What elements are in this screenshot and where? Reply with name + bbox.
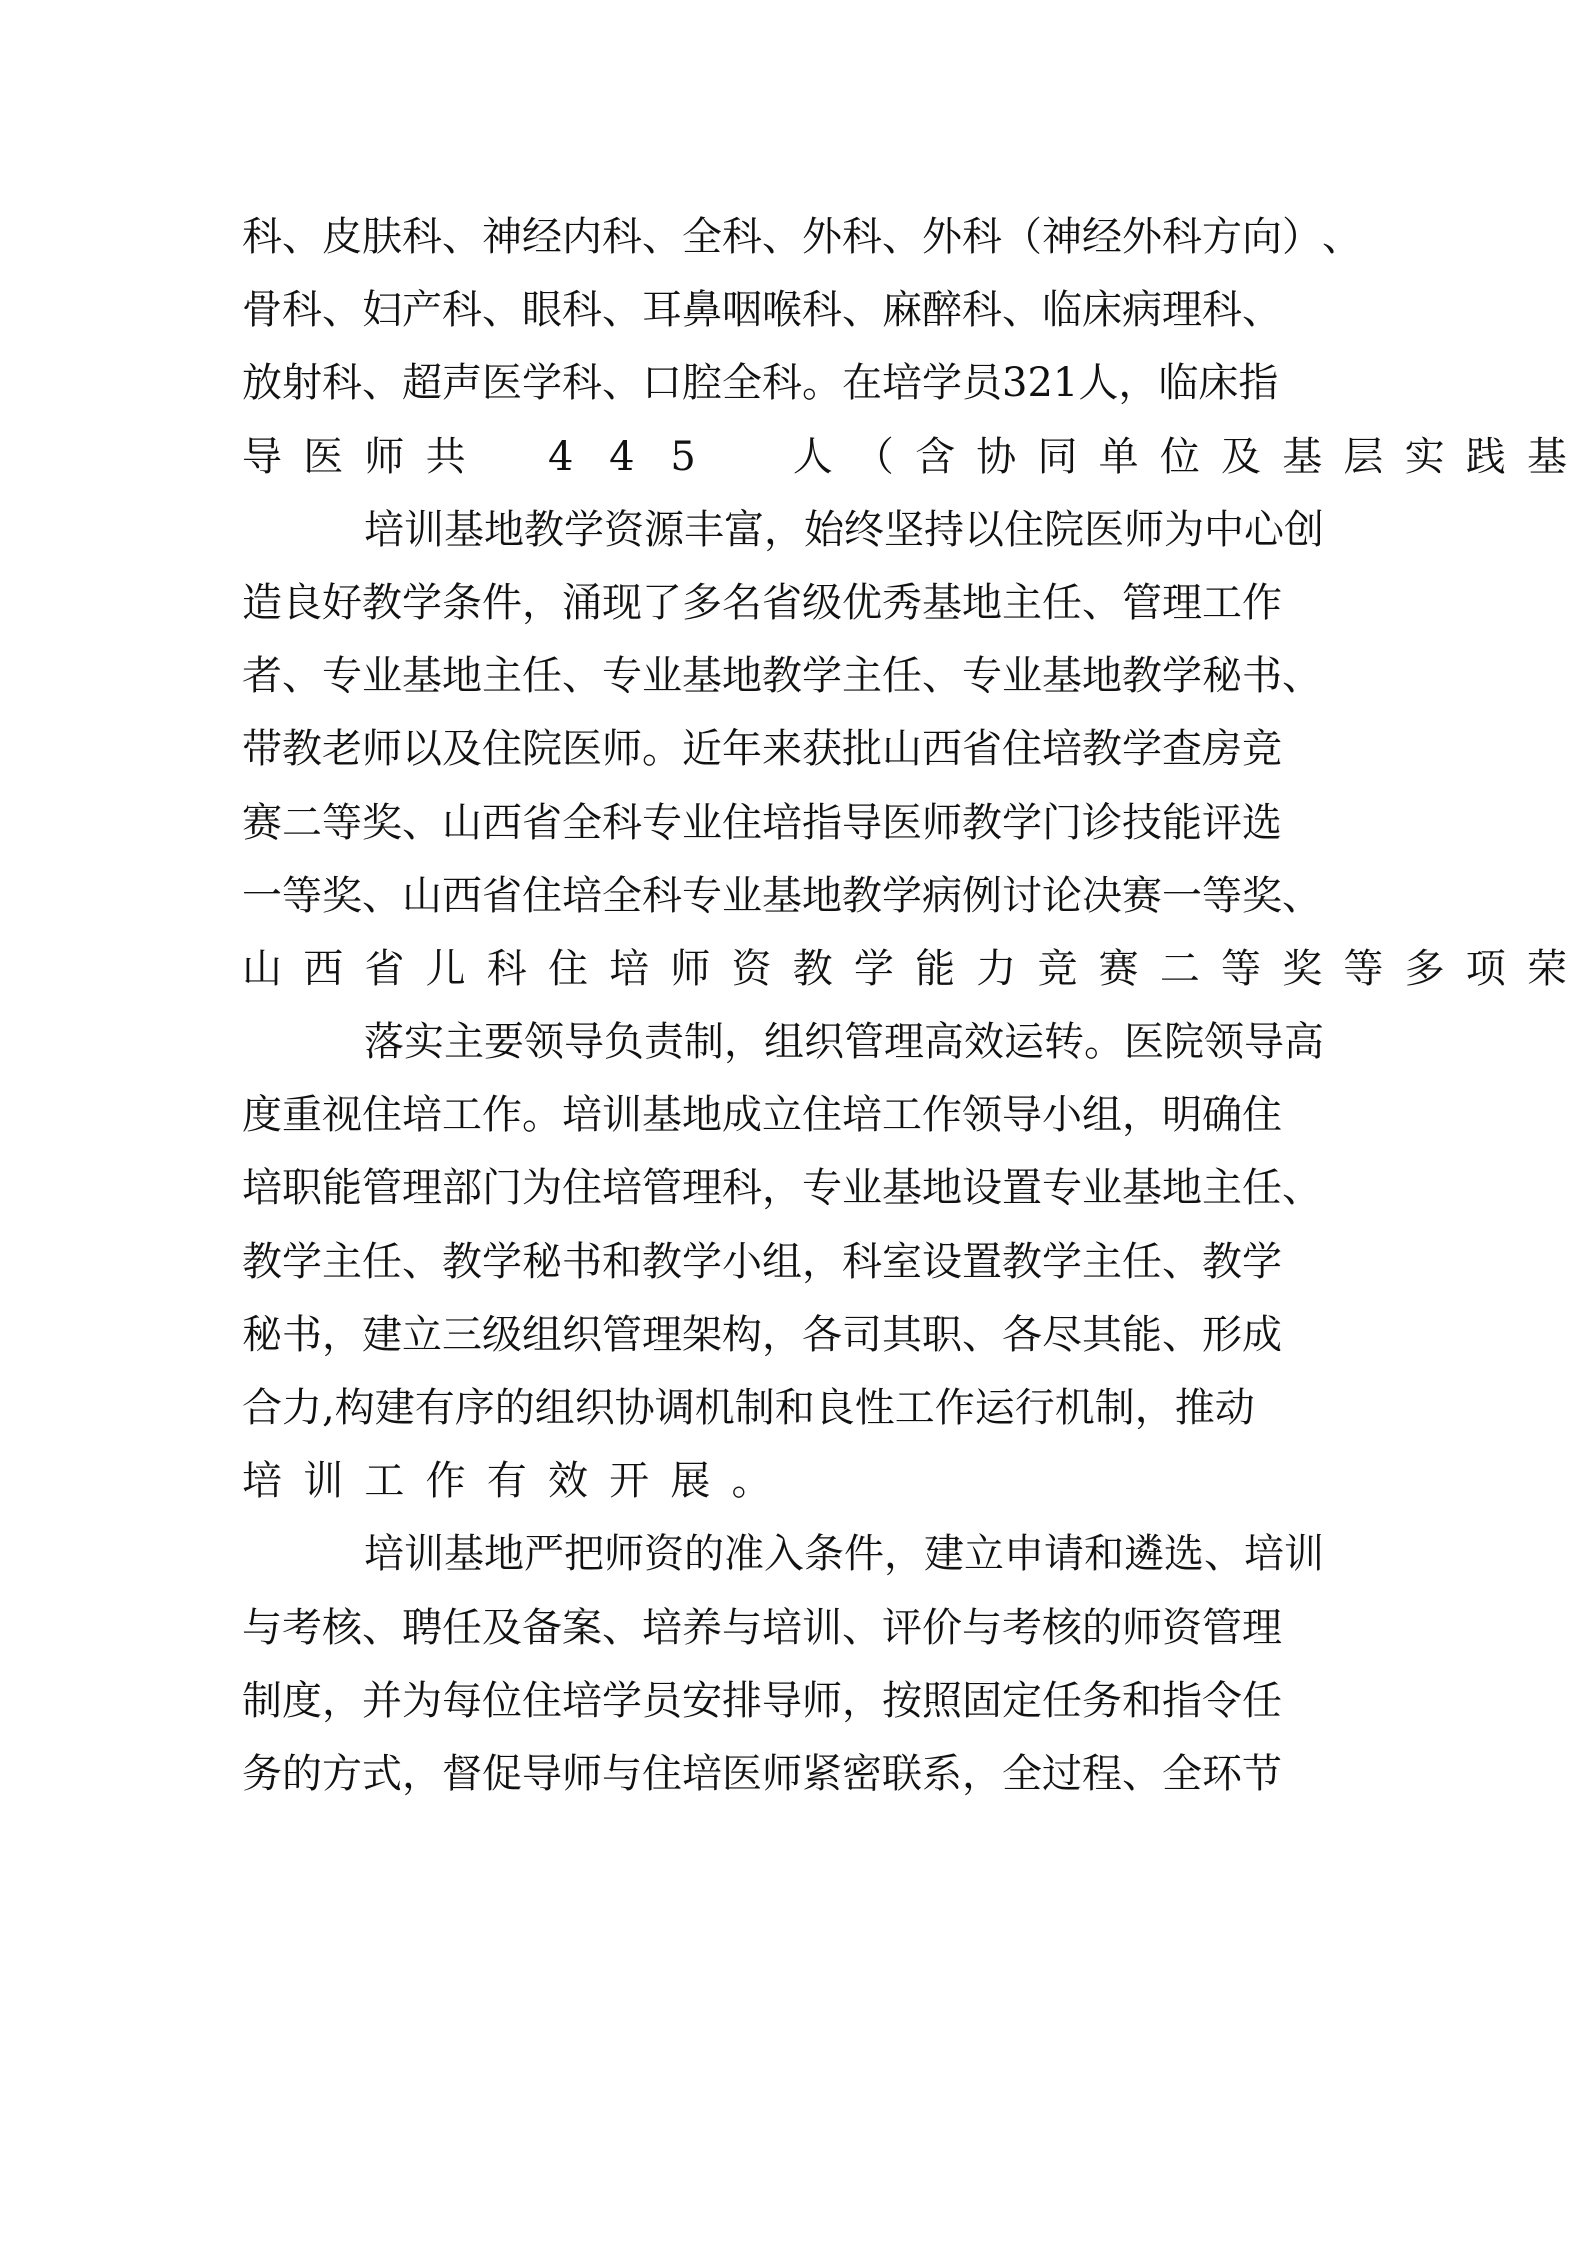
glyph: 、 [1162, 1232, 1202, 1292]
glyph: 成 [722, 1085, 762, 1145]
glyph: 、 [842, 1598, 882, 1658]
glyph: 奖 [1242, 866, 1282, 926]
glyph: 丰 [684, 500, 724, 560]
glyph: 构 [335, 1378, 375, 1438]
glyph: 职 [922, 1305, 962, 1365]
glyph: 基 [762, 866, 802, 926]
glyph: ， [1122, 1085, 1162, 1145]
glyph: 理 [402, 1158, 442, 1218]
glyph: 全 [602, 866, 642, 926]
glyph: 科 [762, 353, 802, 413]
glyph: 内 [562, 207, 602, 267]
glyph: 建 [362, 1305, 402, 1365]
glyph: 培 [242, 1158, 282, 1218]
glyph: 名 [722, 573, 762, 633]
glyph: 院 [522, 719, 562, 779]
glyph: 秘 [242, 1305, 282, 1365]
glyph: 及 [482, 1598, 522, 1658]
glyph: 指 [1162, 1671, 1202, 1731]
glyph: 教 [242, 1232, 282, 1292]
glyph: 及 [442, 719, 482, 779]
glyph: 培 [562, 866, 602, 926]
glyph: 各 [802, 1305, 842, 1365]
text-line: 与考核、聘任及备案、培养与培训、评价与考核的师资管理 [242, 1598, 1344, 1671]
glyph: 科 [442, 280, 482, 340]
glyph: 、 [1162, 1305, 1202, 1365]
glyph: 任 [1242, 1158, 1282, 1218]
glyph: 门 [1042, 793, 1082, 853]
glyph: 过 [1042, 1744, 1082, 1804]
glyph: ， [522, 573, 562, 633]
glyph: 价 [922, 1598, 962, 1658]
glyph: 获 [802, 719, 842, 779]
glyph: 制 [1095, 1378, 1135, 1438]
glyph: 西 [482, 793, 522, 853]
glyph: 优 [842, 573, 882, 633]
glyph: 性 [855, 1378, 895, 1438]
glyph: 件 [482, 573, 522, 633]
glyph: 床 [1082, 280, 1122, 340]
glyph: 和 [602, 1232, 642, 1292]
glyph: 环 [1202, 1744, 1242, 1804]
glyph: 住 [1004, 500, 1044, 560]
glyph: 地 [1162, 1158, 1202, 1218]
glyph: 书 [562, 1232, 602, 1292]
glyph: 级 [482, 1305, 522, 1365]
glyph: 奖 [322, 866, 362, 926]
glyph: 、 [1282, 646, 1322, 706]
glyph: 入 [764, 1524, 804, 1584]
glyph: 合 [242, 1378, 282, 1438]
glyph: 专 [1042, 1158, 1082, 1218]
glyph: 转 [1044, 1012, 1084, 1072]
glyph: 神 [1042, 207, 1082, 267]
glyph: 一 [242, 866, 282, 926]
glyph: 一 [1162, 866, 1202, 926]
glyph: 师 [604, 1524, 644, 1584]
glyph: 准 [724, 1524, 764, 1584]
glyph: 教 [793, 939, 833, 999]
glyph: 织 [575, 1378, 615, 1438]
text-line: 秘书，建立三级组织管理架构，各司其职、各尽其能、形成 [242, 1305, 1344, 1378]
glyph: ， [842, 1671, 882, 1731]
text-line: 培训工作有效开展。 [242, 1451, 1344, 1524]
glyph: 眼 [522, 280, 562, 340]
glyph: 、 [402, 1232, 442, 1292]
glyph: 项 [1466, 939, 1506, 999]
glyph: 小 [1042, 1085, 1082, 1145]
glyph: 、 [362, 353, 402, 413]
glyph: 地 [442, 646, 482, 706]
glyph: 要 [484, 1012, 524, 1072]
glyph: 织 [562, 1305, 602, 1365]
text-line: 山西省儿科住培师资教学能力竞赛二等奖等多项荣誉。 [242, 939, 1344, 1012]
glyph: 理 [642, 1305, 682, 1365]
glyph: 住 [1002, 719, 1042, 779]
glyph: 以 [964, 500, 1004, 560]
glyph: 指 [1238, 353, 1278, 413]
glyph: 立 [402, 1305, 442, 1365]
glyph: 组 [535, 1378, 575, 1438]
glyph: 老 [322, 719, 362, 779]
document-body: 科、皮肤科、神经内科、全科、外科、外科（神经外科方向）、 骨科、妇产科、眼科、耳… [242, 207, 1344, 1817]
glyph: 在 [842, 353, 882, 413]
glyph: 学 [282, 1232, 322, 1292]
glyph: 病 [1122, 280, 1162, 340]
glyph: 动 [1215, 1378, 1255, 1438]
glyph: 作 [482, 1085, 522, 1145]
glyph: ， [884, 1524, 924, 1584]
glyph: 例 [962, 866, 1002, 926]
glyph: 门 [482, 1158, 522, 1218]
text-line: 落实主要领导负责制，组织管理高效运转。医院领导高 [242, 1012, 1344, 1085]
glyph: 科 [962, 280, 1002, 340]
glyph: 二 [282, 793, 322, 853]
glyph: 基 [642, 1085, 682, 1145]
glyph: 教 [642, 1232, 682, 1292]
glyph: 坚 [884, 500, 924, 560]
glyph: 方 [322, 1744, 362, 1804]
glyph: 员 [962, 353, 1002, 413]
glyph: 基 [922, 573, 962, 633]
glyph: 调 [655, 1378, 695, 1438]
glyph: 骨 [242, 280, 282, 340]
glyph: 住 [562, 1158, 602, 1218]
glyph: 鼻 [682, 280, 722, 340]
glyph: 、 [1322, 207, 1362, 267]
text-line: 培职能管理部门为住培管理科，专业基地设置专业基地主任、 [242, 1158, 1344, 1231]
glyph: 超 [402, 353, 442, 413]
glyph: 紧 [802, 1744, 842, 1804]
glyph: 业 [362, 646, 402, 706]
glyph: 导 [1244, 1012, 1284, 1072]
glyph: 管 [362, 1158, 402, 1218]
glyph: 科 [322, 353, 362, 413]
paragraph-specialties-and-staff: 科、皮肤科、神经内科、全科、外科、外科（神经外科方向）、 骨科、妇产科、眼科、耳… [242, 207, 1344, 500]
glyph: 、 [602, 280, 642, 340]
glyph: 培 [842, 1085, 882, 1145]
glyph: 主 [1002, 573, 1042, 633]
glyph: 任 [362, 1232, 402, 1292]
glyph: 向 [1242, 207, 1282, 267]
glyph: 培 [1244, 1524, 1284, 1584]
glyph: 科 [722, 1158, 762, 1218]
glyph: 尽 [1042, 1305, 1082, 1365]
glyph: 专 [322, 646, 362, 706]
glyph: 业 [722, 866, 762, 926]
glyph: 、 [362, 1598, 402, 1658]
glyph: 基 [882, 1158, 922, 1218]
text-line: 造良好教学条件，涌现了多名省级优秀基地主任、管理工作 [242, 573, 1344, 646]
glyph: 经 [1082, 207, 1122, 267]
glyph: 室 [882, 1232, 922, 1292]
glyph: 培 [562, 1671, 602, 1731]
glyph: 西 [442, 866, 482, 926]
glyph: 全 [722, 353, 762, 413]
glyph: 造 [242, 573, 282, 633]
text-line: 导医师共 445 人（含协同单位及基层实践基地）。 [242, 427, 1344, 500]
glyph: 协 [615, 1378, 655, 1438]
glyph: 科 [402, 207, 442, 267]
glyph: 主 [444, 1012, 484, 1072]
glyph: 把 [564, 1524, 604, 1584]
glyph: 实 [404, 1012, 444, 1072]
glyph: 重 [282, 1085, 322, 1145]
glyph: 各 [1002, 1305, 1042, 1365]
glyph: 学 [522, 353, 562, 413]
glyph: 制 [735, 1378, 775, 1438]
glyph: 管 [602, 1305, 642, 1365]
glyph: 学 [564, 500, 604, 560]
glyph: 培 [242, 1451, 282, 1511]
glyph: 地 [722, 646, 762, 706]
glyph: 实 [1405, 427, 1445, 487]
glyph: 全 [562, 793, 602, 853]
glyph: 院 [1164, 1012, 1204, 1072]
glyph: 工 [442, 1085, 482, 1145]
glyph: 地 [484, 1524, 524, 1584]
glyph: 资 [604, 500, 644, 560]
glyph: 等 [1221, 939, 1261, 999]
glyph: 工 [895, 1378, 935, 1438]
glyph: 、 [602, 353, 642, 413]
glyph: 务 [1082, 1671, 1122, 1731]
text-line: 者、专业基地主任、专业基地教学主任、专业基地教学秘书、 [242, 646, 1344, 719]
glyph: 理 [682, 1158, 722, 1218]
glyph: 教 [282, 719, 322, 779]
glyph: 竞 [1037, 939, 1077, 999]
glyph: 作 [922, 1085, 962, 1145]
glyph: 科 [802, 280, 842, 340]
glyph: 训 [602, 1085, 642, 1145]
glyph: 训 [404, 500, 444, 560]
glyph: 肤 [362, 207, 402, 267]
glyph: 查 [1162, 719, 1202, 779]
glyph: 聘 [402, 1598, 442, 1658]
glyph: 理 [1242, 1598, 1282, 1658]
glyph: 基 [402, 646, 442, 706]
glyph: 组 [764, 1012, 804, 1072]
glyph: 科 [842, 207, 882, 267]
glyph: ， [724, 1012, 764, 1072]
glyph: 排 [722, 1671, 762, 1731]
glyph: 教 [1082, 719, 1122, 779]
glyph: 省 [962, 719, 1002, 779]
glyph: 医 [562, 719, 602, 779]
glyph: 醉 [922, 280, 962, 340]
glyph: 技 [1122, 793, 1162, 853]
glyph: 住 [548, 939, 588, 999]
glyph: 系 [922, 1744, 962, 1804]
glyph: 建 [375, 1378, 415, 1438]
glyph: 置 [1002, 1158, 1042, 1218]
text-line: 制度，并为每位住培学员安排导师，按照固定任务和指令任 [242, 1671, 1344, 1744]
glyph: 促 [482, 1744, 522, 1804]
glyph: 工 [882, 1085, 922, 1145]
glyph: 确 [1202, 1085, 1242, 1145]
glyph: 机 [695, 1378, 735, 1438]
glyph: ， [962, 1744, 1002, 1804]
glyph: 含 [915, 427, 955, 487]
glyph: 视 [322, 1085, 362, 1145]
glyph: 与 [602, 1744, 642, 1804]
glyph: 教 [442, 1232, 482, 1292]
glyph: 医 [882, 793, 922, 853]
glyph: 等 [322, 793, 362, 853]
glyph: 训 [303, 1451, 343, 1511]
glyph: 源 [644, 500, 684, 560]
glyph: 二 [1160, 939, 1200, 999]
glyph: 高 [924, 1012, 964, 1072]
glyph: 立 [762, 1085, 802, 1145]
glyph: 、 [762, 207, 802, 267]
glyph: 者 [242, 646, 282, 706]
glyph: 其 [882, 1305, 922, 1365]
glyph: 同 [1037, 427, 1077, 487]
glyph: 作 [935, 1378, 975, 1438]
glyph: 学 [1042, 1232, 1082, 1292]
glyph: 工 [1202, 573, 1242, 633]
glyph: 5 [670, 427, 695, 487]
glyph: 基 [1122, 1158, 1162, 1218]
glyph: 地 [922, 1158, 962, 1218]
glyph: 地 [484, 500, 524, 560]
glyph: 教 [1202, 1232, 1242, 1292]
glyph: 带 [242, 719, 282, 779]
glyph: 、 [442, 207, 482, 267]
glyph: 山 [882, 719, 922, 779]
glyph: 学 [922, 353, 962, 413]
glyph: 。 [1084, 1012, 1124, 1072]
glyph: 职 [282, 1158, 322, 1218]
glyph: 了 [642, 573, 682, 633]
glyph: 专 [682, 866, 722, 926]
glyph: 学 [882, 866, 922, 926]
paragraph-faculty-management: 培训基地严把师资的准入条件，建立申请和遴选、培训 与考核、聘任及备案、培养与培训… [242, 1524, 1344, 1817]
glyph: 科 [642, 866, 682, 926]
glyph: 腔 [682, 353, 722, 413]
glyph: 声 [442, 353, 482, 413]
glyph: 员 [642, 1671, 682, 1731]
glyph: 、 [962, 1305, 1002, 1365]
text-line: 骨科、妇产科、眼科、耳鼻咽喉科、麻醉科、临床病理科、 [242, 280, 1344, 353]
glyph: 终 [844, 500, 884, 560]
glyph: 赛 [242, 793, 282, 853]
glyph: 住 [362, 1085, 402, 1145]
glyph: 培 [1042, 719, 1082, 779]
glyph: 学 [854, 939, 894, 999]
glyph: 全 [1162, 1744, 1202, 1804]
glyph: 有 [487, 1451, 527, 1511]
glyph: 始 [804, 500, 844, 560]
glyph: 组 [522, 1305, 562, 1365]
glyph: 地 [802, 866, 842, 926]
glyph: 多 [682, 573, 722, 633]
glyph: 成 [1242, 1305, 1282, 1365]
text-line: 一等奖、山西省住培全科专业基地教学病例讨论决赛一等奖、 [242, 866, 1344, 939]
glyph: 运 [1004, 1012, 1044, 1072]
glyph: 核 [1042, 1598, 1082, 1658]
glyph: 培 [609, 939, 649, 999]
glyph: 科 [562, 280, 602, 340]
glyph: 业 [682, 793, 722, 853]
glyph: 任 [882, 646, 922, 706]
glyph: 临 [1158, 353, 1198, 413]
glyph: , [322, 1378, 335, 1438]
glyph: 外 [1122, 207, 1162, 267]
glyph: 诊 [1082, 793, 1122, 853]
glyph: 学 [402, 573, 442, 633]
glyph: 按 [882, 1671, 922, 1731]
glyph: 4 [548, 427, 573, 487]
glyph: 、 [562, 646, 602, 706]
text-line: 放射科、超声医学科、口腔全科。在培学员 321 人，临床指 [242, 353, 1344, 426]
glyph: 能 [322, 1158, 362, 1218]
glyph: 能 [915, 939, 955, 999]
glyph: 地 [682, 1085, 722, 1145]
glyph: ， [402, 1744, 442, 1804]
glyph: 培 [402, 1085, 442, 1145]
glyph: 形 [1202, 1305, 1242, 1365]
glyph: 科 [562, 353, 602, 413]
glyph: 省 [762, 573, 802, 633]
glyph: 培 [602, 1158, 642, 1218]
glyph: 1 [1053, 353, 1078, 413]
glyph: 任 [1042, 1671, 1082, 1731]
glyph: 住 [522, 1671, 562, 1731]
glyph: 遴 [1124, 1524, 1164, 1584]
glyph: 层 [1343, 427, 1383, 487]
glyph: 导 [564, 1012, 604, 1072]
glyph: 外 [802, 207, 842, 267]
glyph: ， [1118, 353, 1158, 413]
glyph: 批 [842, 719, 882, 779]
glyph: 床 [1198, 353, 1238, 413]
glyph: 训 [802, 1598, 842, 1658]
text-line: 务的方式，督促导师与住培医师紧密联系，全过程、全环节 [242, 1744, 1344, 1817]
glyph: 院 [1044, 500, 1084, 560]
glyph: 固 [962, 1671, 1002, 1731]
glyph: 神 [482, 207, 522, 267]
glyph: 医 [482, 353, 522, 413]
glyph: 主 [1082, 1232, 1122, 1292]
glyph: 案 [562, 1598, 602, 1658]
text-line: 科、皮肤科、神经内科、全科、外科、外科（神经外科方向）、 [242, 207, 1344, 280]
glyph: 培 [682, 1744, 722, 1804]
glyph: 主 [1202, 1158, 1242, 1218]
glyph: 、 [282, 646, 322, 706]
glyph: 务 [242, 1744, 282, 1804]
paragraph-teaching-resources: 培训基地教学资源丰富，始终坚持以住院医师为中心创 造良好教学条件，涌现了多名省级… [242, 500, 1344, 1012]
glyph: 基 [444, 500, 484, 560]
glyph: 能 [1122, 1305, 1162, 1365]
glyph: 条 [442, 573, 482, 633]
glyph: 力 [976, 939, 1016, 999]
glyph: 与 [242, 1598, 282, 1658]
glyph: 照 [922, 1671, 962, 1731]
glyph: 督 [442, 1744, 482, 1804]
glyph: 核 [322, 1598, 362, 1658]
glyph: 住 [522, 866, 562, 926]
glyph: 等 [282, 866, 322, 926]
glyph: 学 [1002, 793, 1042, 853]
glyph: 导 [1002, 1085, 1042, 1145]
glyph: 科 [242, 207, 282, 267]
glyph: 立 [964, 1524, 1004, 1584]
glyph: 理 [884, 1012, 924, 1072]
glyph: 医 [1084, 500, 1124, 560]
glyph: 省 [364, 939, 404, 999]
